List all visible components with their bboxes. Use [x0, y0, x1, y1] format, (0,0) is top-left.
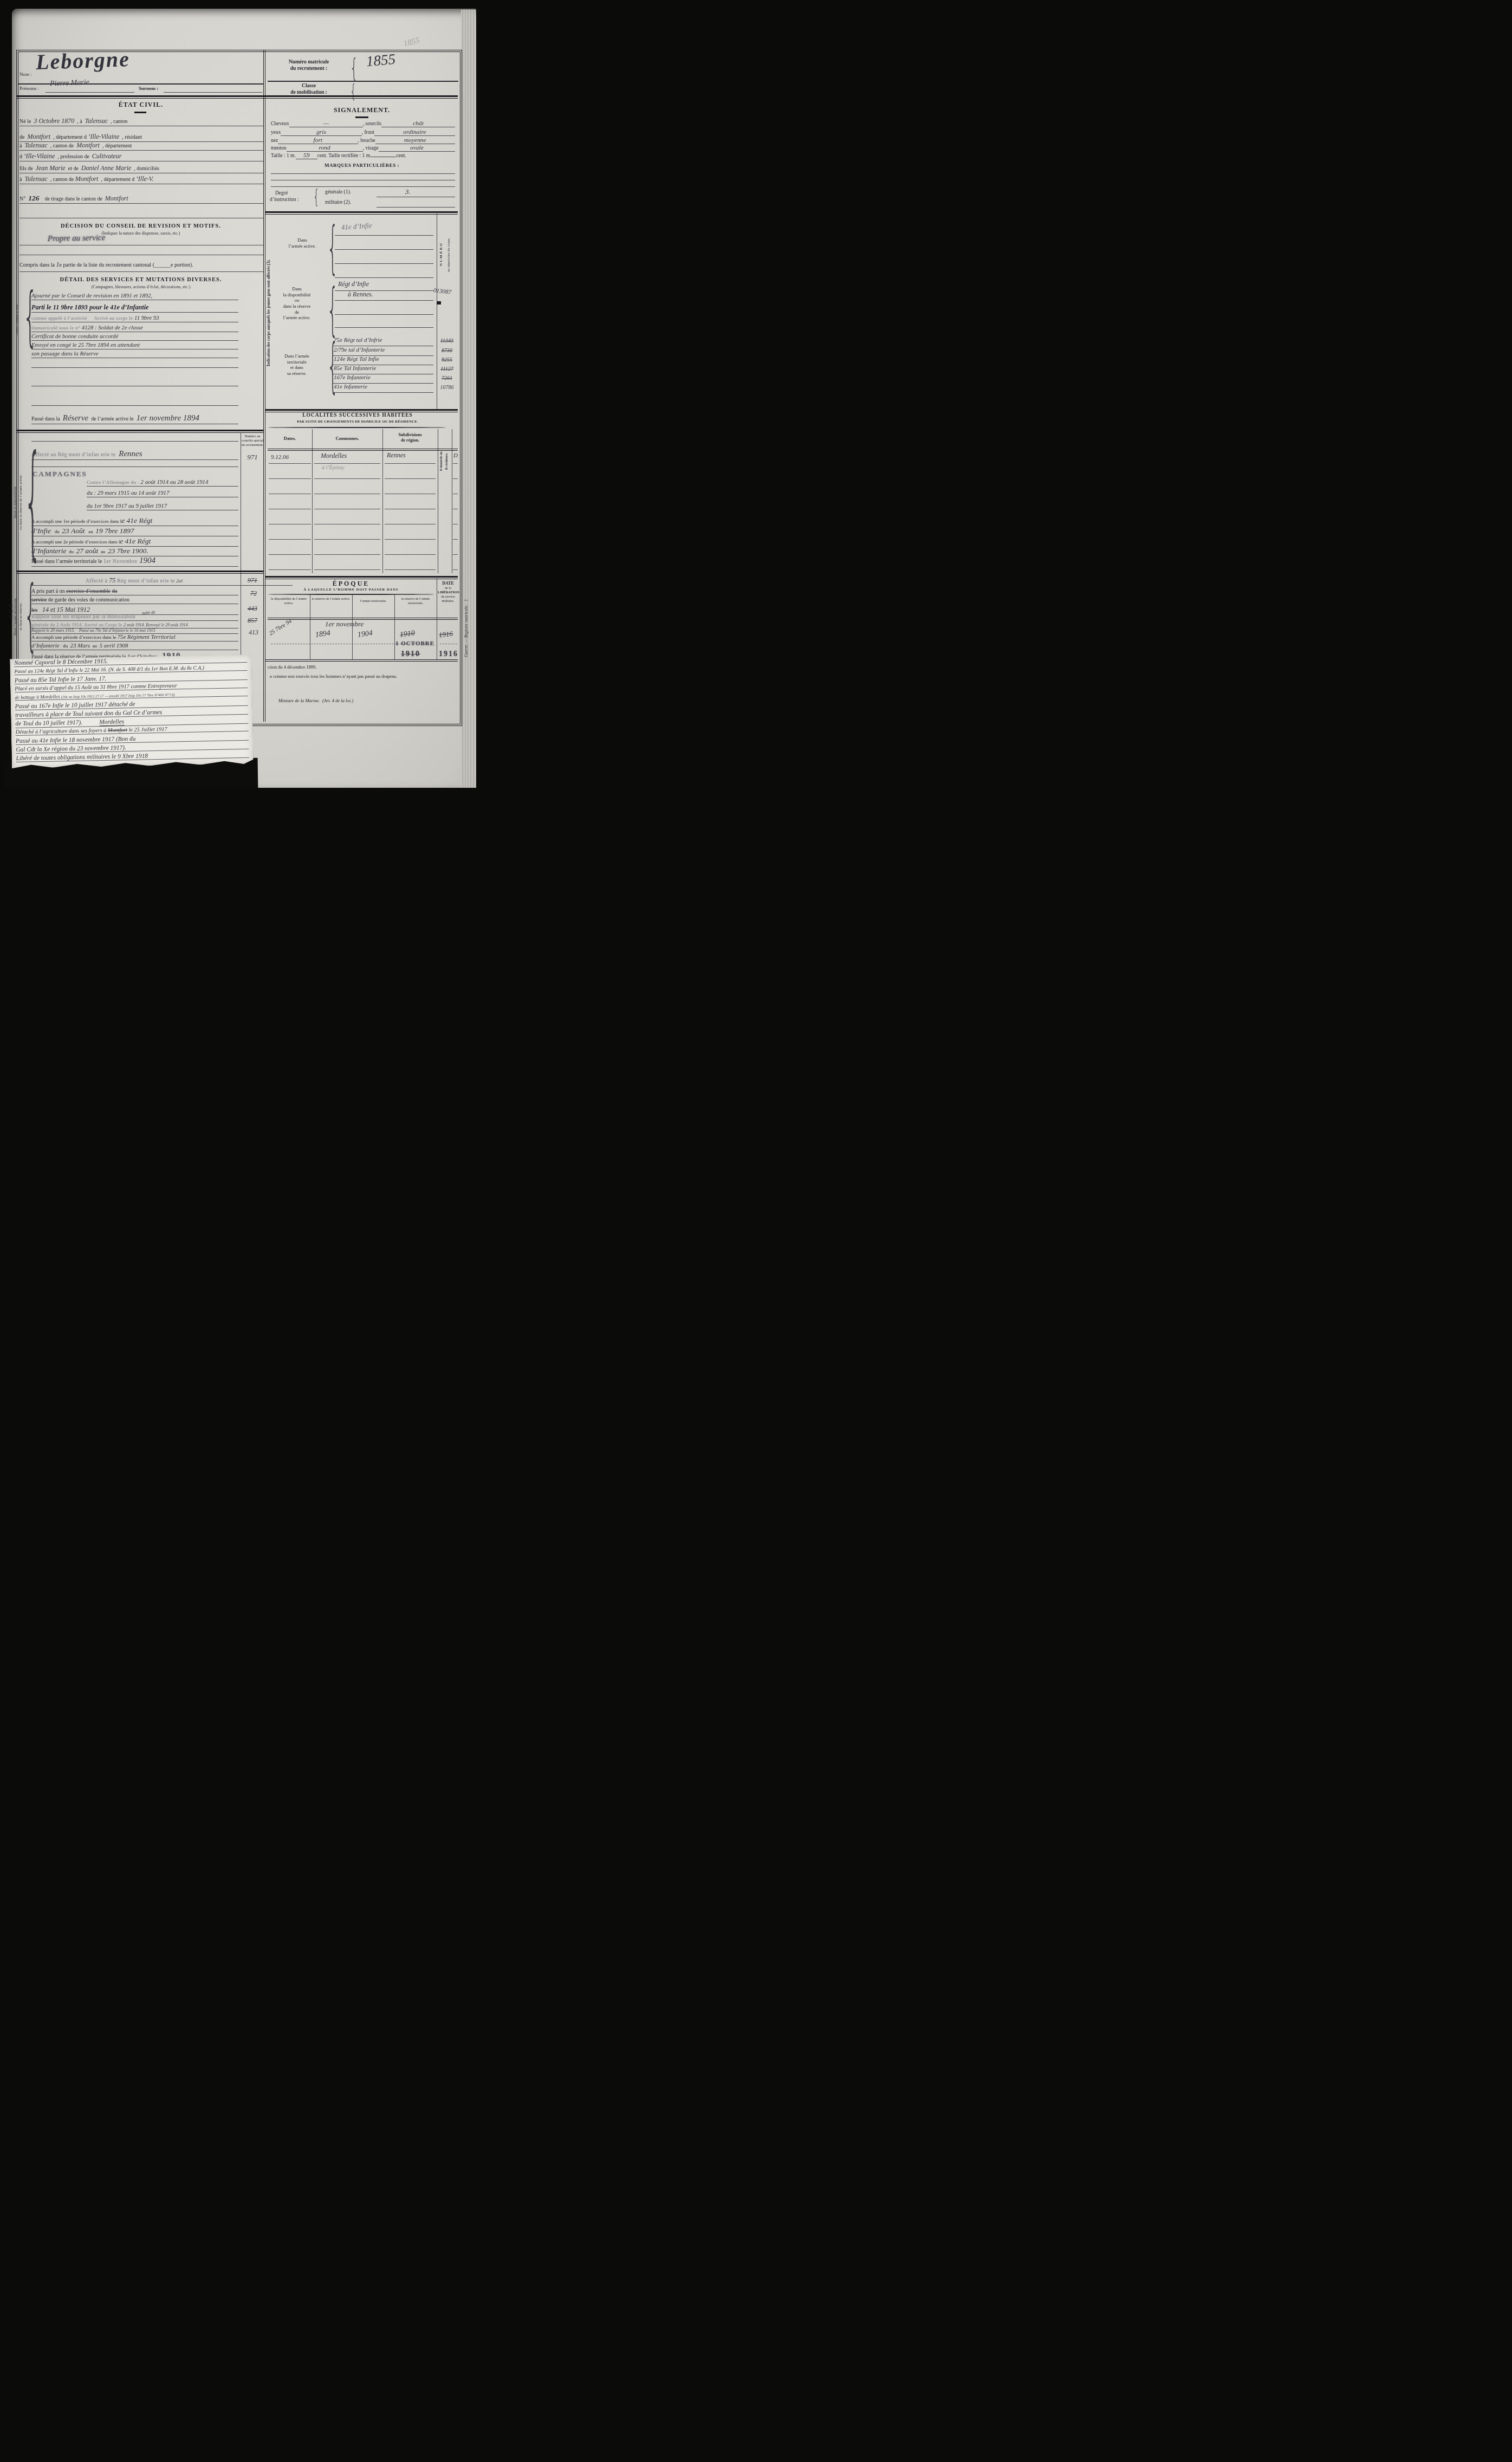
text-segment: Passé au 85e Tal Infie le 17 Janv. 17. [15, 676, 107, 684]
text-segment: Montfort [75, 175, 99, 183]
campagne-line: du : 29 mars 1915 au 14 août 1917 [87, 490, 238, 497]
signalement-row: menton rond , visage ovale [271, 145, 455, 152]
stamp-1910-struck: 1910 [401, 650, 420, 659]
controle-number-struck: 857 [242, 617, 263, 625]
wavy-rule [268, 427, 446, 428]
text-segment: au [90, 643, 100, 649]
numero-repertoire-label-1: NUMÉRO [439, 219, 443, 289]
text-segment: Passé au 41e Infie le 18 novembre 1917 (… [16, 736, 136, 744]
text-segment: Détaché à l’agriculture dans ses foyers … [16, 728, 108, 735]
text-segment: Daniel Anne Marie [81, 164, 131, 172]
epoque-hw-novembre: 1er novembre [325, 620, 364, 629]
disponibilite-label: Dans la disponibilité ou dans la réserve… [270, 286, 324, 321]
title-dash [134, 112, 146, 113]
field-value: chât [381, 120, 455, 127]
periode-line: d’Infanterie du 23 Mars au 5 avril 1908 [31, 643, 238, 650]
service-line: Ajourné par le Conseil de revision en 18… [31, 293, 238, 300]
text-segment: 1er Novembre [103, 559, 137, 565]
divider-band [16, 95, 458, 99]
campagne-line: Contre l’Allemagne du : 2 août 1914 au 2… [87, 479, 238, 487]
brace-glyph: { [350, 55, 358, 80]
margin-label-territoriale-2: et dans sa réserve. [18, 584, 23, 649]
text-segment: Affecté au Rég ment d’infan erie te [31, 452, 119, 458]
ruled-line [333, 392, 433, 393]
signalement-title: SIGNALEMENT. [265, 106, 458, 114]
text-segment: Contre l’Allemagne du : [87, 480, 141, 485]
text-segment: Libéré de toutes obligations militaires … [16, 753, 148, 762]
passe-reserve-line: Passé dans la Réserve de l’armée active … [31, 414, 238, 424]
text-segment: Envoyé en congé le 25 7bre 1894 en atten… [31, 342, 140, 348]
text-segment: e partie de la liste du recrutement cant… [60, 262, 193, 268]
epoque-col5-date-liberation: DATE de la LIBÉRATION du service militai… [438, 581, 458, 603]
text-segment: ’Ille-Vilaine [88, 133, 120, 141]
affectation-line: Affecté au Rég ment d’infan erie te Renn… [31, 450, 238, 460]
text-segment: 1904 [137, 556, 155, 566]
text-segment: générale du 2 Août 1914. Arrivé au Corps… [31, 622, 124, 627]
field-label: nez [271, 138, 278, 144]
ruled-line [377, 207, 455, 208]
ruled-line [46, 92, 134, 93]
field-label: , sourcils [363, 121, 381, 127]
given-names-value: Pierre Marie [50, 79, 89, 89]
text-segment: N° [20, 196, 28, 202]
marques-title: MARQUES PARTICULIÈRES : [265, 163, 458, 168]
service-line: Parti le 11 9bre 1893 pour le 41e d’Infa… [31, 303, 238, 313]
field-label: yeux [271, 130, 281, 135]
epoque-col4: la réserve de l’armée territoriale. [395, 597, 436, 606]
periode-line: d’Infanterie du 27 août au 23 7bre 1900. [31, 547, 238, 556]
stamp-1916: 1916 [439, 650, 458, 659]
ruled-line [20, 218, 263, 218]
service-line: Immatriculé sous le n° 4128 : Soldat de … [31, 325, 238, 332]
surnom-label: Surnom : [139, 86, 158, 91]
repertoire-number: 10786 [436, 385, 458, 391]
tirage-line: N° 126 de tirage dans le canton de Montf… [20, 194, 263, 204]
label-line: l’armée active. [278, 243, 326, 249]
text-segment: 11 9bre 93 [134, 315, 159, 321]
territoriale-corps: 85e Tal Infanterie [334, 365, 376, 372]
ruled-line [333, 346, 433, 346]
field-label: Cheveux [271, 121, 289, 127]
territoriale-corps: 2/79e tal d’Infanterie [334, 347, 385, 353]
text-segment: Passé dans l’armée territoriale le [31, 559, 103, 565]
field-value: 59 [296, 152, 317, 159]
epoque-subtitle: À LAQUELLE L’HOMME DOIT PASSER DANS [265, 588, 437, 592]
ruled-line [271, 180, 455, 180]
label-line: sa réserve. [270, 371, 324, 377]
col-header-subdivisions: Subdivisions de région. [382, 432, 438, 443]
etat-civil-title: ÉTAT CIVIL. [18, 101, 263, 109]
service-line: comme appelé à l’activité Arrivé au corp… [31, 315, 238, 322]
text-segment: Rappelé sous les drapeaux par la mobilis… [31, 614, 135, 620]
mobilisation-insert: suite de [142, 610, 155, 615]
signalement-row: yeux gris , front ordinaire [271, 129, 455, 136]
passe-territoriale-line: Passé dans l’armée territoriale le 1er N… [31, 556, 238, 567]
text-segment: exercice d’ensemble [66, 588, 111, 594]
margin-label-disponibilite: Dans la disponibilité [13, 444, 17, 561]
divider-band [265, 659, 458, 662]
mobilisation-line: Rappelé le 29 mars 1915. Passé au 79e Ta… [31, 628, 238, 634]
mobilisation-line: Rappelé sous les drapeaux par la mobilis… [31, 614, 238, 621]
divider-band [265, 409, 458, 412]
text-segment: d [20, 154, 24, 160]
epoque-hw-1894: 1894 [315, 629, 331, 639]
stamp-1-octobre: 1 OCTOBRE [395, 640, 434, 647]
label-line: du service [438, 595, 458, 599]
label-line: de la [438, 586, 458, 591]
numero-repertoire-label-2: au répertoire du corps. [446, 216, 451, 294]
degre-militaire-label: militaire (2). [325, 200, 351, 205]
epoque-hw-1910-struck: 1910 [399, 629, 416, 639]
divider-band [265, 211, 458, 215]
label-line: DATE [438, 581, 458, 586]
margin-registre-matricule: Guerre. — Registre matricule. 1 [464, 553, 469, 704]
service-line: Envoyé en congé le 25 7bre 1894 en atten… [31, 342, 238, 349]
ruled-line [271, 186, 455, 187]
brace-glyph: { [327, 219, 338, 276]
text-segment: du [112, 588, 118, 594]
text-segment: son passage dans la Réserve [31, 351, 99, 357]
field-value: rond [287, 145, 363, 152]
territoriale-label: Dans l’armée territoriale et dans sa rés… [270, 353, 324, 377]
repere-tick [437, 301, 441, 304]
disponibilite-line1: Régt d’Infie [338, 280, 369, 288]
text-segment: 126 [28, 194, 39, 203]
field-label: cent. Taille rectifiée : 1 m. [317, 153, 372, 159]
text-segment: et de [66, 166, 81, 172]
text-segment: le 25 Juillet 1917 [127, 727, 167, 733]
field-value: gris [281, 129, 361, 136]
service-line: son passage dans la Réserve [31, 351, 238, 358]
footnote-refs: (1 (2 (3 [9, 595, 14, 627]
text-segment: e 41e Régt [121, 516, 152, 525]
text-segment: travailleurs à place de Toul suivant don… [15, 709, 162, 718]
text-segment: du : 29 mars 1915 au 14 août 1917 [87, 490, 169, 496]
text-segment: Talensac [85, 117, 108, 125]
ruled-line [31, 386, 238, 386]
row-rules [314, 449, 380, 572]
text-segment: 75e Régiment Territorial [118, 634, 176, 640]
territoriale-corps: 167e Infanterie [334, 374, 371, 381]
text-segment: 2al [175, 578, 183, 584]
text-segment: 75 [109, 576, 115, 585]
field-value: — [289, 120, 363, 127]
label-line: Subdivisions [382, 432, 438, 438]
margin-label-territoriale: Dans l’armée territoriale [13, 582, 17, 652]
brace-glyph: { [313, 187, 319, 207]
scanned-register-page: 1855 Nom : Leborgne Prénoms : Pierre Mar… [0, 0, 484, 788]
text-segment: 23 Mars [70, 643, 90, 649]
divider-band [17, 571, 264, 574]
prenoms-label: Prénoms : [20, 86, 39, 91]
ruled-line [31, 367, 238, 368]
text-segment: ’Ille-Vilaine [24, 152, 55, 160]
col-header-communes: Communes. [312, 436, 382, 442]
text-segment: , département d [98, 177, 135, 183]
exercice-line: les 14 et 15 Mai 1912 [31, 606, 238, 615]
ruled-line [335, 263, 433, 264]
text-segment: de garde des voies de communication [47, 597, 129, 603]
text-segment: 3 Octobre 1870 [34, 117, 74, 125]
controle-number-struck: 72 [243, 589, 264, 598]
signalement-row: nez fort , bouche moyenne [271, 137, 455, 144]
affectation-line: Affecté à 75 Rég ment d’infan erie te 2a… [31, 576, 293, 586]
text-segment: 27 août [76, 547, 98, 555]
brace-glyph: { [24, 575, 37, 654]
armee-active-label: Dans l’armée active. [278, 237, 326, 249]
repertoire-number-struck: 8730 [436, 348, 458, 354]
text-segment: 19 7bre 1897 [95, 527, 134, 535]
text-segment: 4128 : Soldat de 2e classe [82, 325, 143, 331]
matricule-label: Numéro matricule du recrutement : [269, 60, 349, 73]
text-segment: A accompli une 2e période d’exercices da… [31, 539, 120, 545]
ruled-line [31, 467, 238, 467]
controle-number-struck: 443 [242, 605, 263, 613]
margin-label-armee-active: Dans l’armée active. [15, 284, 20, 354]
footnote-2: a comme non exercés tous les hommes n’ay… [270, 673, 397, 679]
text-segment: 2 août 1914 au 28 août 1914 [141, 479, 209, 485]
text-segment: à [20, 143, 24, 149]
epoque-col1: la disponibilité de l’armée active. [269, 597, 309, 606]
footnote-1: ction du 4 décembre 1889. [268, 664, 316, 670]
text-segment: à [20, 177, 24, 183]
text-segment: Montfort [76, 141, 100, 150]
brace-glyph: { [23, 284, 37, 349]
text-segment: Passé au 167e Infie le 10 juillet 1917 d… [15, 701, 135, 710]
service-line: Certificat de bonne conduite accordé [31, 333, 238, 341]
col-header-domicile: D domicile ou [440, 430, 443, 493]
controle-number: 971 [242, 453, 263, 462]
text-segment: (16e on Insp 10e 1913 27.17 — annulé 191… [61, 693, 175, 699]
text-segment: A accompli une période d’exercices dans … [31, 634, 118, 640]
territoriale-corps: 75e Régt tal d’Infrie [334, 337, 382, 344]
label-line: Dans [278, 237, 326, 243]
field-value: fort [278, 137, 358, 144]
ruled-line [20, 245, 263, 245]
field-value: ordinaire [374, 129, 455, 136]
signalement-row: Cheveux — , sourcils chât [271, 120, 455, 127]
text-segment: , canton de [48, 177, 75, 183]
footnote-3: Ministre de la Marine. (Art. 4 de la loi… [278, 698, 353, 703]
text-segment: Gal Cdt la Xe région du 23 novembre 1917… [16, 744, 126, 753]
exercice-line: A pris part à un exercice d’ensemble du [31, 588, 238, 595]
epoque-hw-1916-struck: 1916 [438, 629, 453, 639]
text-segment: 23 7bre 1900. [108, 547, 148, 555]
text-segment: ’Ille-V. [136, 175, 154, 183]
epoque-title: ÉPOQUE [265, 580, 437, 588]
services-subtitle: (Campagnes, blessures, actions d’éclat, … [18, 284, 263, 289]
text-segment: Ajourné par le Conseil de revision en 18… [31, 293, 152, 299]
field-label: , bouche [358, 138, 375, 144]
field-label: , visage [363, 146, 379, 151]
text-segment: du 1er 9bre 1917 au 9 juillet 1917 [87, 503, 167, 509]
periode-line: A accompli une 1re période d’exercices d… [31, 516, 238, 526]
classe-label-line1: Classe [269, 83, 349, 90]
divider-band [17, 430, 264, 433]
degre-label-2: d’instruction : [270, 197, 299, 203]
ruled-line [335, 277, 433, 278]
signalement-row-taille: Taille : 1 m. 59 cent. Taille rectifiée … [271, 152, 455, 159]
field-value: ovale [379, 145, 455, 152]
epoque-hw-1904: 1904 [357, 629, 373, 639]
ruled-line [20, 271, 263, 272]
text-segment: Immatriculé sous le n° [31, 325, 82, 331]
text-segment: A accompli une 1re période d’exercices d… [31, 519, 121, 524]
label-line: ou [270, 297, 324, 303]
text-segment: Montfort [108, 727, 127, 734]
field-label: , front [362, 130, 374, 135]
text-segment: , domiciliés [131, 166, 159, 172]
ruled-line [31, 441, 238, 442]
degre-generale-label: générale (1). [325, 190, 351, 195]
text-segment: , profession de [55, 154, 92, 160]
label-line: de région. [382, 438, 438, 443]
ruled-line [335, 235, 433, 236]
text-segment: de l’armée active le [88, 416, 137, 422]
text-segment: Réserve [63, 414, 88, 423]
title-dash [355, 116, 368, 118]
matricule-label-line2: du recrutement : [269, 66, 349, 73]
nom-label: Nom : [20, 72, 32, 77]
decision-title: DÉCISION DU CONSEIL DE REVISION ET MOTIF… [18, 223, 263, 229]
localites-title: LOCALITÉS SUCCESSIVES HABITÉES [265, 413, 450, 418]
column-rule [241, 432, 241, 659]
field-label: Taille : 1 m. [271, 153, 296, 159]
periode-line: d’Infie du 23 Août au 19 7bre 1897 [31, 527, 238, 536]
decision-verdict: Propre au service [48, 234, 106, 244]
label-line: territoriale [270, 359, 324, 365]
etat-civil-line: à Talensac , canton de Montfort , départ… [20, 175, 263, 184]
table-divider [310, 595, 310, 659]
text-segment: du [60, 643, 70, 649]
etat-civil-line: à Talensac , canton de Montfort , départ… [20, 141, 263, 151]
field-value: moyenne [375, 137, 455, 144]
text-segment: , à [74, 119, 85, 125]
ruled-line [335, 300, 433, 301]
territoriale-corps: 124e Régt Tal Infie [334, 356, 379, 362]
label-line: la disponibilité [270, 292, 324, 298]
ruled-line [335, 249, 433, 250]
text-segment: 1er novembre 1894 [137, 414, 199, 423]
col-header-residence: R résidence. [445, 430, 449, 493]
periode-line: A accompli une période d’exercices dans … [31, 634, 238, 642]
periode-line: A accompli une 2e période d’exercices da… [31, 537, 238, 547]
text-segment: e 41e Régt [120, 537, 151, 546]
text-segment: 2 août 1914. Renvoyé le 29 août 1914 [124, 623, 187, 627]
classe-label: Classe de mobilisation : [269, 83, 349, 96]
field-value [371, 157, 396, 157]
exercice-line: service de garde des voies de communicat… [31, 597, 238, 604]
repertoire-number-struck: 11343 [436, 338, 458, 344]
text-segment: , département d [50, 134, 88, 140]
etat-civil-line: Né le 3 Octobre 1870 , à Talensac , cant… [20, 117, 263, 126]
text-segment: de [20, 134, 27, 140]
text-segment: Né le [20, 119, 34, 125]
ruled-line [335, 314, 433, 315]
row-rules [269, 449, 311, 572]
brace-glyph: { [327, 281, 338, 338]
matricule-number-value: 1855 [366, 51, 396, 70]
text-segment: Jean Marie [36, 164, 66, 172]
repertoire-number-struck: 7261 [436, 375, 458, 381]
degre-label-1: Degré [275, 191, 288, 196]
text-segment: , résidant [119, 134, 142, 140]
label-line: militaire. [438, 599, 458, 604]
label-line: et dans [270, 365, 324, 371]
localites-subtitle: PAR SUITE DE CHANGEMENTS DE DOMICILE OU … [265, 420, 450, 424]
margin-label-disponibilite-2: ou dans la réserve de l’armée active. [18, 440, 23, 565]
surname-value: Leborgne [35, 46, 130, 75]
epoque-col2: la réserve de l’armée active. [311, 597, 351, 601]
text-segment: 23 Août [62, 527, 85, 535]
brace-glyph: { [24, 439, 42, 562]
table-divider [394, 595, 395, 659]
label-line: l’armée active. [270, 315, 324, 321]
label-line: LIBÉRATION [438, 591, 458, 595]
ruled-line [31, 405, 238, 406]
text-segment: Talensac [24, 175, 47, 183]
degre-generale-value: 3. [405, 187, 411, 196]
text-segment: de battage à Mordelles [15, 694, 61, 700]
text-segment: Parti le 11 9bre 1893 pour le 41e d’Infa… [31, 303, 149, 312]
repertoire-number-struck: 11127 [436, 366, 458, 372]
text-segment: Certificat de bonne conduite accordé [31, 333, 118, 340]
wavy-rule [268, 594, 434, 595]
row-rules [453, 449, 458, 572]
text-segment: Montfort [27, 133, 50, 141]
text-segment: comme appelé à l’activité Arrivé au corp… [31, 315, 134, 321]
ruled-line [164, 92, 262, 93]
text-segment: de Toul du 10 juillet 1917). [15, 719, 99, 727]
text-segment: , canton [108, 119, 128, 125]
territoriale-corps: 41e Infanterie [334, 384, 367, 390]
epoque-col3: l’armée territoriale. [353, 599, 393, 604]
label-line: Dans [270, 286, 324, 292]
column-divider [263, 50, 265, 722]
text-segment: Nommé Caporal le 8 Décembre 1915. [14, 658, 108, 666]
text-segment: , département [100, 143, 132, 149]
text-segment: Affecté à [86, 578, 109, 584]
text-segment: de tirage dans le canton de [39, 196, 105, 202]
text-segment: 5 avril 1908 [100, 643, 128, 649]
text-segment: Rennes [119, 450, 142, 459]
etat-civil-line: fils de Jean Marie et de Daniel Anne Mar… [20, 164, 263, 173]
text-segment: Mordelles [99, 718, 124, 726]
text-segment: du [51, 529, 62, 534]
text-segment: Compris dans la [20, 262, 56, 268]
controle-number: 413 [243, 629, 264, 637]
text-segment: Rég ment d’infan erie te [115, 578, 175, 584]
dashed-rule [440, 644, 457, 644]
text-segment: fils de [20, 166, 36, 172]
services-title: DÉTAIL DES SERVICES ET MUTATIONS DIVERSE… [18, 277, 263, 283]
ruled-line [377, 197, 455, 197]
text-segment: , canton de [48, 143, 77, 149]
text-segment: au [85, 529, 95, 534]
divider-band [265, 576, 458, 579]
compris-line: Compris dans la 1e partie de la liste du… [20, 261, 263, 269]
matricule-label-line1: Numéro matricule [269, 60, 349, 66]
label-line: Dans l’armée [270, 353, 324, 359]
field-label: cent. [396, 153, 406, 159]
ruled-line [271, 173, 455, 174]
controle-header: Numéro au contrôle spécial du recrutemen… [241, 435, 264, 448]
text-segment: Passé dans la [31, 416, 63, 422]
text-segment: 14 et 15 Mai 1912 [37, 606, 90, 614]
ruled-line [268, 81, 458, 82]
disponibilite-line2: à Rennes. [348, 290, 373, 299]
text-segment: Rappelé le 29 mars 1915. Passé au 79e Ta… [31, 628, 155, 633]
